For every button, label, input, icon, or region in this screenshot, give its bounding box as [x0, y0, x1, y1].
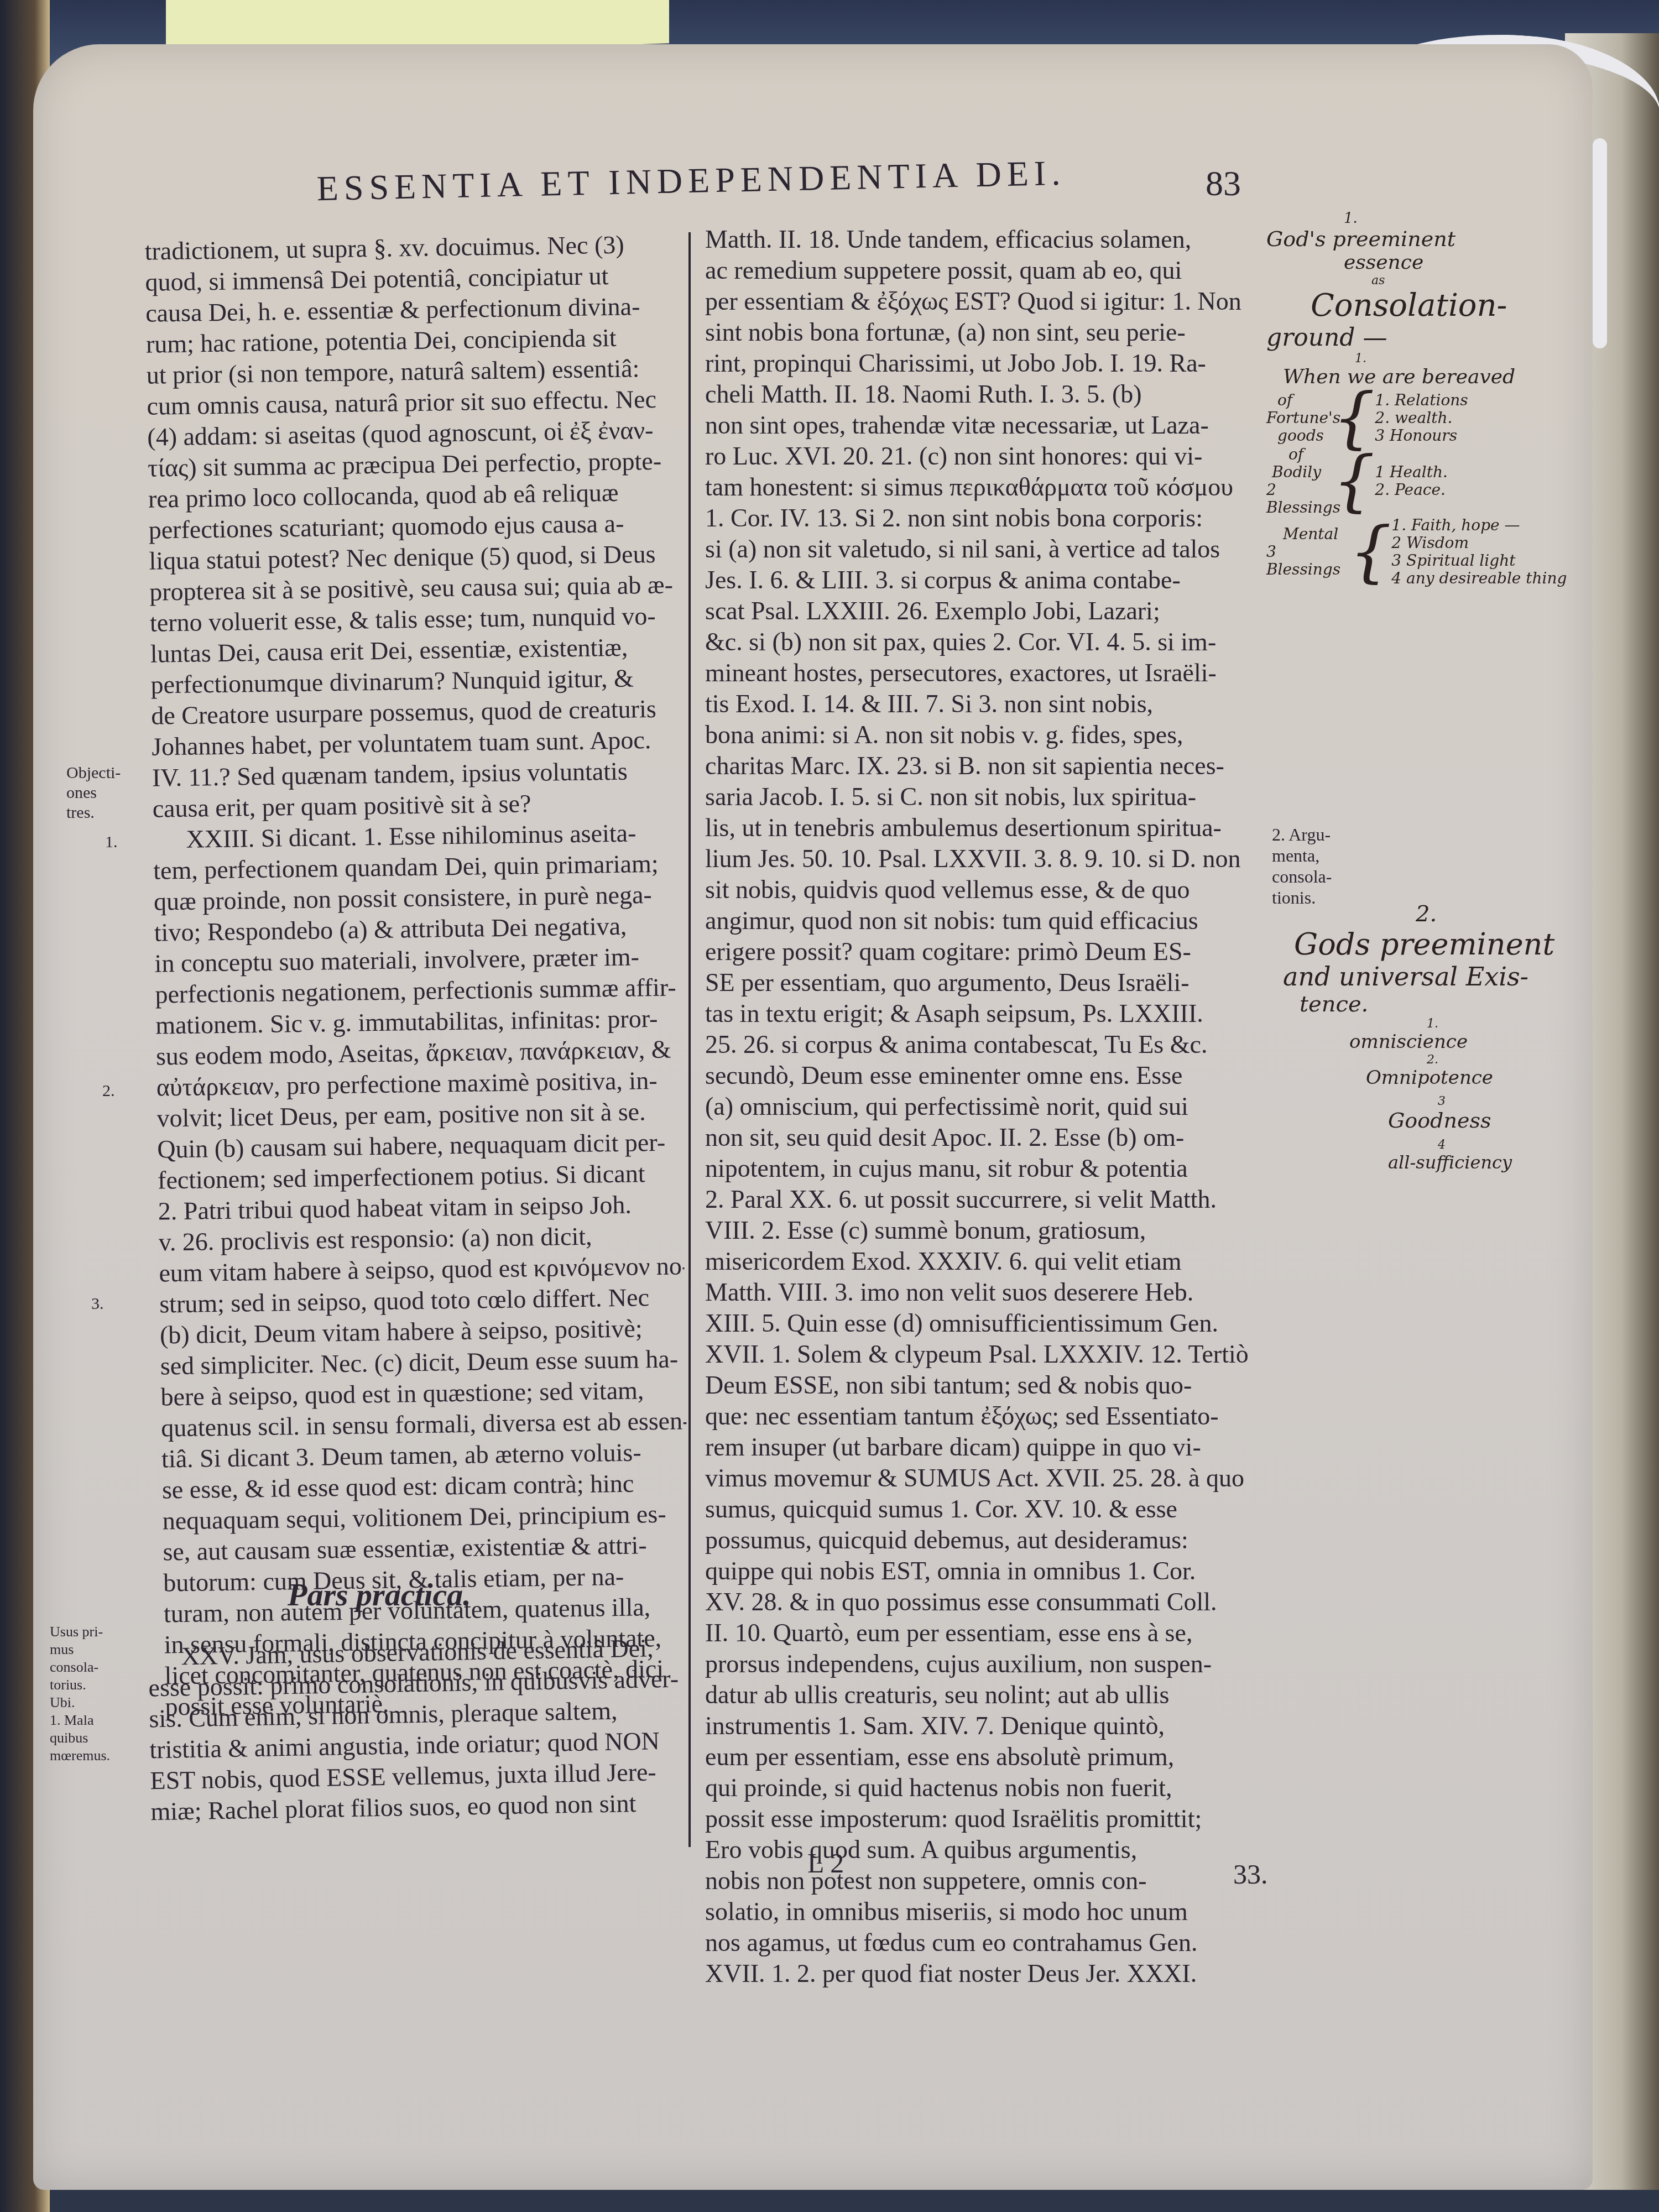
handwritten-note-1: 1. God's preeminent essence as Consolati… [1266, 210, 1576, 587]
item: 3 Spiritual light [1391, 552, 1567, 570]
note-number: 2. [1283, 1053, 1593, 1067]
margin-note-argumenta: 2. Argu- menta, consola- tionis. [1272, 824, 1332, 908]
text-line: tis Exod. I. 14. & III. 7. Si 3. non sin… [705, 688, 1264, 719]
note-line: and universal Exis- [1283, 962, 1593, 992]
signature-mark: L 2 [807, 1847, 844, 1879]
text-line: XV. 28. & in quo possimus esse consummat… [705, 1587, 1264, 1618]
label-line: goods [1266, 427, 1333, 445]
brace-icon: { [1349, 524, 1391, 580]
group-items: 1 Health. 2. Peace. [1375, 463, 1448, 499]
text-line: charitas Marc. IX. 23. si B. non sit sap… [705, 750, 1264, 781]
text-line: saria Jacob. I. 5. si C. non sit nobis, … [705, 781, 1264, 812]
text-line: solatio, in omnibus miseriis, si modo ho… [705, 1896, 1264, 1927]
text-line: nos agamus, ut fœdus cum eo contrahamus … [705, 1927, 1264, 1958]
margin-line: 1. Mala [50, 1712, 110, 1729]
note-number: 2. [1283, 901, 1593, 927]
margin-line: menta, [1272, 845, 1332, 866]
text-line: erigere possit? quam cogitare: primò Deu… [705, 936, 1264, 967]
text-line: Jes. I. 6. & LIII. 3. si corpus & anima … [705, 565, 1264, 596]
catchword: 33. [1233, 1858, 1268, 1890]
note-line: Gods preeminent [1283, 927, 1593, 962]
section-title: Pars practica. [288, 1576, 471, 1613]
text-line: secundò, Deum esse eminenter omne ens. E… [705, 1060, 1264, 1091]
text-line: datur ab ullis creaturis, seu nolint; au… [705, 1679, 1264, 1710]
note-number: 1. [1283, 1017, 1593, 1031]
text-line: XVII. 1. 2. per quod fiat noster Deus Je… [705, 1958, 1264, 1989]
label-line: Fortune's [1266, 409, 1333, 427]
label-line: 3 Blessings [1266, 543, 1349, 578]
brace-icon: { [1333, 453, 1375, 509]
text-line: Matth. II. 18. Unde tandem, efficacius s… [705, 224, 1264, 255]
text-line: possumus, quicquid debemus, aut desidera… [705, 1525, 1264, 1556]
group-label: of Bodily 2 Blessings [1266, 446, 1333, 517]
note-group: Mental 3 Blessings { 1. Faith, hope — 2 … [1266, 517, 1576, 587]
text-line: vimus movemur & SUMUS Act. XVII. 25. 28.… [705, 1463, 1264, 1494]
column-divider [688, 232, 691, 1847]
margin-line: mœremus. [50, 1747, 110, 1765]
brace-icon: { [1333, 390, 1375, 446]
note-number: 1. [1266, 352, 1576, 366]
note-line: God's preeminent [1266, 227, 1576, 251]
text-line: per essentiam & ἐξόχως EST? Quod si igit… [705, 286, 1264, 317]
text-line: prorsus independens, cujus auxilium, non… [705, 1648, 1264, 1679]
text-line: non sint opes, trahendæ vitæ necessariæ,… [705, 410, 1264, 441]
group-items: 1. Faith, hope — 2 Wisdom 3 Spiritual li… [1391, 517, 1567, 587]
page-number: 83 [1206, 163, 1241, 204]
text-line: Ero vobis quod sum. A quibus argumentis, [705, 1834, 1264, 1865]
note-line: as [1266, 274, 1576, 288]
note-number: 3 [1283, 1094, 1593, 1108]
note-item: omniscience [1283, 1031, 1593, 1053]
label-line: of [1266, 446, 1333, 463]
item: 2. Peace. [1375, 481, 1448, 499]
margin-line: ones [66, 783, 121, 803]
margin-number-2: 2. [102, 1081, 115, 1101]
text-line: non sit, seu quid desit Apoc. II. 2. Ess… [705, 1122, 1264, 1153]
margin-line: consola- [50, 1658, 110, 1676]
margin-line: quibus [50, 1729, 110, 1747]
group-label: Mental 3 Blessings [1266, 525, 1349, 578]
text-line: eum per essentiam, esse ens absolutè pri… [705, 1741, 1264, 1772]
text-line: II. 10. Quartò, eum per essentiam, esse … [705, 1618, 1264, 1648]
text-line: ac remedium suppetere possit, quam ab eo… [705, 255, 1264, 286]
item: 1 Health. [1375, 463, 1448, 481]
margin-number-1: 1. [105, 832, 118, 852]
item: 2. wealth. [1375, 409, 1468, 427]
text-line: nobis non potest non suppetere, omnis co… [705, 1865, 1264, 1896]
text-line: quippe qui nobis EST, omnia in omnibus 1… [705, 1556, 1264, 1587]
margin-line: tres. [66, 803, 121, 823]
text-line: angimur, quod non sit nobis: tum quid ef… [705, 905, 1264, 936]
text-line: que: nec essentiam tantum ἐξόχως; sed Es… [705, 1401, 1264, 1432]
text-line: 25. 26. si corpus & anima contabescat, T… [705, 1029, 1264, 1060]
note-group: of Fortune's goods { 1. Relations 2. wea… [1266, 390, 1576, 446]
text-line: rint, propinqui Charissimi, ut Jobo Job.… [705, 348, 1264, 379]
margin-number-3: 3. [91, 1294, 104, 1314]
text-line: (a) omniscium, qui perfectissimè norit, … [705, 1091, 1264, 1122]
text-line: ro Luc. XVI. 20. 21. (c) non sint honore… [705, 441, 1264, 472]
text-line: nipotentem, in cujus manu, sit robur & p… [705, 1153, 1264, 1184]
note-number: 1. [1266, 210, 1576, 227]
text-line: VIII. 2. Esse (c) summè bonum, gratiosum… [705, 1215, 1264, 1246]
right-column: Matth. II. 18. Unde tandem, efficacius s… [705, 224, 1264, 1989]
text-line: instrumentis 1. Sam. XIV. 7. Denique qui… [705, 1710, 1264, 1741]
bookmark-string-tail [1593, 138, 1607, 348]
text-line: scat Psal. LXXIII. 26. Exemplo Jobi, Laz… [705, 596, 1264, 627]
text-line: mineant hostes, persecutores, exactores,… [705, 658, 1264, 688]
text-line: misericordem Exod. XXXIV. 6. qui velit e… [705, 1246, 1264, 1277]
note-line: Consolation- [1266, 288, 1576, 324]
text-line: sumus, quicquid sumus 1. Cor. XV. 10. & … [705, 1494, 1264, 1525]
text-line: si (a) non sit valetudo, si nil sani, à … [705, 534, 1264, 565]
margin-line: Ubi. [50, 1694, 110, 1712]
label-line: of [1266, 392, 1333, 409]
margin-line: torius. [50, 1676, 110, 1694]
text-line: possit esse imposterum: quod Israëlitis … [705, 1803, 1264, 1834]
note-line: When we are bereaved [1266, 366, 1576, 388]
left-column: tradictionem, ut supra §. xv. docuimus. … [144, 228, 690, 1722]
label-line: Bodily [1266, 463, 1333, 481]
text-line: sint nobis bona fortunæ, (a) non sint, s… [705, 317, 1264, 348]
note-group: of Bodily 2 Blessings { 1 Health. 2. Pea… [1266, 446, 1576, 517]
text-line: 1. Cor. IV. 13. Si 2. non sint nobis bon… [705, 503, 1264, 534]
note-number: 4 [1283, 1138, 1593, 1152]
item: 1. Relations [1375, 392, 1468, 409]
text-line: 2. Paral XX. 6. ut possit succurrere, si… [705, 1184, 1264, 1215]
text-line: sit nobis, quidvis quod vellemus esse, &… [705, 874, 1264, 905]
text-line: &c. si (b) non sit pax, quies 2. Cor. VI… [705, 627, 1264, 658]
note-item: Goodness [1283, 1108, 1593, 1133]
group-items: 1. Relations 2. wealth. 3 Honours [1375, 392, 1468, 445]
margin-line: 2. Argu- [1272, 824, 1332, 845]
text-line: XIII. 5. Quin esse (d) omnisufficientiss… [705, 1308, 1264, 1339]
note-line: essence [1266, 251, 1576, 274]
text-line: Matth. VIII. 3. imo non velit suos deser… [705, 1277, 1264, 1308]
text-line: SE per essentiam, quo argumento, Deus Is… [705, 967, 1264, 998]
text-line: cheli Matth. II. 18. Naomi Ruth. I. 3. 5… [705, 379, 1264, 410]
note-item: all-sufficiency [1283, 1152, 1593, 1173]
text-line: rem insuper (ut barbare dicam) quippe in… [705, 1432, 1264, 1463]
text-line: XVII. 1. Solem & clypeum Psal. LXXXIV. 1… [705, 1339, 1264, 1370]
label-line: 2 Blessings [1266, 481, 1333, 517]
text-line: lium Jes. 50. 10. Psal. LXXVII. 3. 8. 9.… [705, 843, 1264, 874]
handwritten-note-2: 2. Gods preeminent and universal Exis- t… [1283, 901, 1593, 1173]
note-item: Omnipotence [1283, 1067, 1593, 1089]
text-line: qui proinde, si quid hactenus nobis non … [705, 1772, 1264, 1803]
item: 3 Honours [1375, 427, 1468, 445]
item: 1. Faith, hope — [1391, 517, 1567, 534]
left-column-practical: XXV. Jam, usus observationis de essentiâ… [148, 1632, 682, 1828]
margin-line: consola- [1272, 866, 1332, 887]
text-line: tam honestent: si simus περικαθάρματα το… [705, 472, 1264, 503]
margin-note-objectiones: Objecti- ones tres. [66, 763, 121, 823]
margin-line: Objecti- [66, 763, 121, 783]
item: 2 Wisdom [1391, 534, 1567, 552]
note-line: ground — [1266, 324, 1576, 352]
text-line: tas in textu erigit; & Asaph seipsum, Ps… [705, 998, 1264, 1029]
margin-line: mus [50, 1641, 110, 1658]
note-line: tence. [1283, 992, 1593, 1017]
text-line: Deum ESSE, non sibi tantum; sed & nobis … [705, 1370, 1264, 1401]
text-line: bona animi: si A. non sit nobis v. g. fi… [705, 719, 1264, 750]
text-line: lis, ut in tenebris ambulemus desertionu… [705, 812, 1264, 843]
margin-line: Usus pri- [50, 1623, 110, 1641]
item: 4 any desireable thing [1391, 570, 1567, 587]
group-label: of Fortune's goods [1266, 392, 1333, 445]
label-line: Mental [1266, 525, 1349, 543]
margin-note-usus: Usus pri- mus consola- torius. Ubi. 1. M… [50, 1623, 110, 1765]
